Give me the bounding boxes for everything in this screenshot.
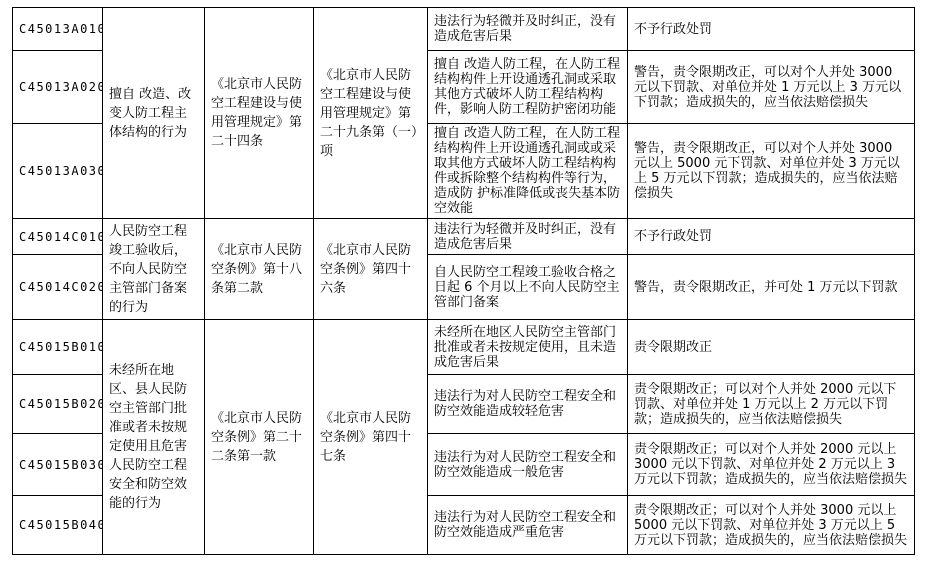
page: C45013A010 擅自 改造、改变人防工程主体结构的行为 《北京市人民防空工… [0,0,926,561]
code-cell: C45015B040 [13,496,103,555]
penalty-basis-cell: 《北京市人民防空工程建设与使用管理规定》第二十九条第（一）项 [314,8,428,219]
penalty-basis-cell: 《北京市人民防空条例》第四十七条 [314,320,428,555]
legal-basis-cell: 《北京市人民防空条例》第十八条第二款 [205,219,314,320]
code-cell: C45014C020 [13,255,103,320]
penalty-cell: 责令限期改正 [628,320,915,375]
penalty-cell: 责令限期改正；可以对个人并处 3000 元以上 5000 元以下罚款、对单位并处… [628,496,915,555]
violation-cell: 擅自 改造人防工程，在人防工程结构构件上开设通透孔洞或或采取其他方式破坏人防工程… [428,124,628,219]
code-cell: C45015B010 [13,320,103,375]
table-row: C45013A010 擅自 改造、改变人防工程主体结构的行为 《北京市人民防空工… [13,8,915,51]
violation-cell: 违法行为对人民防空工程安全和防空效能造成严重危害 [428,496,628,555]
table-row: C45015B010 未经所在地区、县人民防空主管部门批准或者未按规定使用且危害… [13,320,915,375]
violation-cell: 违法行为对人民防空工程安全和防空效能造成一般危害 [428,434,628,496]
violation-cell: 违法行为轻微并及时纠正，没有造成危害后果 [428,8,628,51]
code-cell: C45013A030 [13,124,103,219]
behavior-cell: 未经所在地区、县人民防空主管部门批准或者未按规定使用且危害人民防空工程安全和防空… [103,320,205,555]
violation-cell: 违法行为轻微并及时纠正，没有造成危害后果 [428,219,628,255]
behavior-cell: 人民防空工程竣工验收后，不向人民防空主管部门备案的行为 [103,219,205,320]
violation-cell: 擅自 改造人防工程，在人防工程结构构件上开设通透孔洞或采取其他方式破坏人防工程结… [428,51,628,124]
penalty-cell: 警告，责令限期改正，可以对个人并处 3000 元以下罚款、对单位并处 1 万元以… [628,51,915,124]
legal-basis-cell: 《北京市人民防空工程建设与使用管理规定》第二十四条 [205,8,314,219]
code-cell: C45015B030 [13,434,103,496]
violation-cell: 未经所在地区人民防空主管部门批准或者未按规定使用，且未造成危害后果 [428,320,628,375]
violation-cell: 违法行为对人民防空工程安全和防空效能造成较轻危害 [428,375,628,434]
code-cell: C45015B020 [13,375,103,434]
penalty-cell: 不予行政处罚 [628,219,915,255]
penalty-cell: 不予行政处罚 [628,8,915,51]
table-row: C45014C010 人民防空工程竣工验收后，不向人民防空主管部门备案的行为 《… [13,219,915,255]
behavior-cell: 擅自 改造、改变人防工程主体结构的行为 [103,8,205,219]
penalty-cell: 警告，责令限期改正，并可处 1 万元以下罚款 [628,255,915,320]
code-cell: C45014C010 [13,219,103,255]
code-cell: C45013A010 [13,8,103,51]
legal-basis-cell: 《北京市人民防空条例》第二十二条第一款 [205,320,314,555]
code-cell: C45013A020 [13,51,103,124]
penalty-basis-cell: 《北京市人民防空条例》第四十六条 [314,219,428,320]
violation-cell: 自人民防空工程竣工验收合格之日起 6 个月以上不向人民防空主管部门备案 [428,255,628,320]
penalty-cell: 警告，责令限期改正，可以对个人并处 3000 元以上 5000 元下罚款、对单位… [628,124,915,219]
penalty-cell: 责令限期改正；可以对个人并处 2000 元以下罚款、对单位并处 1 万元以上 2… [628,375,915,434]
penalty-cell: 责令限期改正；可以对个人并处 2000 元以上 3000 元以下罚款、对单位并处… [628,434,915,496]
penalty-table: C45013A010 擅自 改造、改变人防工程主体结构的行为 《北京市人民防空工… [12,7,915,555]
